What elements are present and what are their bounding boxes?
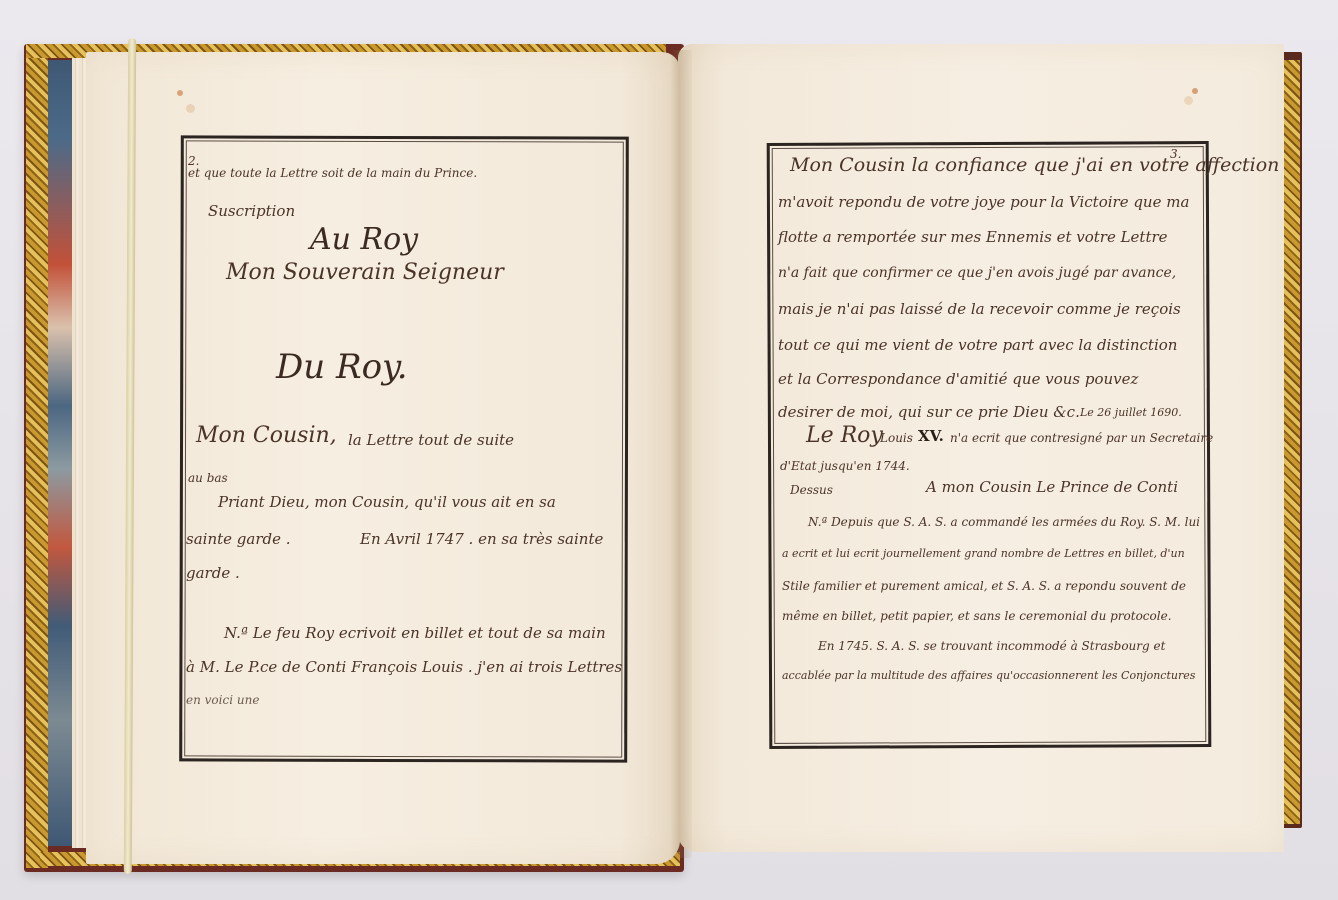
manuscript-line: XV. — [918, 429, 944, 444]
manuscript-line: même en billet, petit papier, et sans le… — [782, 610, 1172, 622]
manuscript-line: la Lettre tout de suite — [348, 433, 514, 448]
foxing-stain — [177, 90, 183, 96]
manuscript-line: à M. Le P.ce de Conti François Louis . j… — [186, 660, 622, 675]
manuscript-line: et que toute la Lettre soit de la main d… — [188, 167, 477, 179]
manuscript-line: En 1745. S. A. S. se trouvant incommodé … — [818, 640, 1165, 652]
manuscript-line: Le Roy — [806, 425, 883, 447]
manuscript-line: en voici une — [186, 694, 259, 706]
manuscript-line: Mon Cousin, — [196, 425, 337, 447]
manuscript-line: d'Etat jusqu'en 1744. — [780, 460, 910, 472]
manuscript-heading: Au Roy — [310, 225, 418, 255]
manuscript-line: N.ª Le feu Roy ecrivoit en billet et tou… — [224, 626, 606, 641]
manuscript-line: flotte a remportée sur mes Ennemis et vo… — [778, 230, 1168, 245]
manuscript-line: sainte garde . — [186, 532, 291, 547]
manuscript-line: mais je n'ai pas laissé de la recevoir c… — [778, 302, 1181, 317]
manuscript-heading: Du Roy. — [276, 350, 408, 384]
manuscript-line: n'a ecrit que contresigné par un Secreta… — [950, 432, 1213, 444]
manuscript-date: Le 26 juillet 1690. — [1080, 407, 1182, 418]
book-gutter — [670, 50, 692, 858]
manuscript-line: accablée par la multitude des affaires q… — [782, 670, 1195, 681]
foxing-stain — [1192, 88, 1198, 94]
manuscript-line: garde . — [186, 566, 240, 581]
gilt-border-left — [26, 48, 48, 868]
foxing-stain — [186, 104, 195, 113]
open-manuscript-book: 2. et que toute la Lettre soit de la mai… — [0, 0, 1338, 900]
foxing-stain — [1184, 96, 1193, 105]
manuscript-line: Dessus — [790, 484, 833, 496]
manuscript-line: tout ce qui me vient de votre part avec … — [778, 338, 1177, 353]
manuscript-line: et la Correspondance d'amitié que vous p… — [778, 372, 1138, 387]
manuscript-line: N.ª Depuis que S. A. S. a commandé les a… — [808, 516, 1200, 528]
manuscript-line: Mon Cousin la confiance que j'ai en votr… — [790, 156, 1279, 175]
manuscript-line: Priant Dieu, mon Cousin, qu'il vous ait … — [218, 495, 556, 510]
manuscript-line: Louis — [880, 432, 913, 444]
manuscript-line: desirer de moi, qui sur ce prie Dieu &c. — [778, 405, 1080, 420]
manuscript-line: a ecrit et lui ecrit journellement grand… — [782, 548, 1185, 559]
manuscript-heading: Mon Souverain Seigneur — [226, 262, 504, 284]
manuscript-line: Stile familier et purement amical, et S.… — [782, 580, 1186, 592]
manuscript-line: A mon Cousin Le Prince de Conti — [926, 480, 1178, 495]
marbled-endpaper — [48, 60, 74, 846]
manuscript-line: n'a fait que confirmer ce que j'en avois… — [778, 266, 1176, 280]
manuscript-line: En Avril 1747 . en sa très sainte — [360, 532, 603, 547]
manuscript-line: m'avoit repondu de votre joye pour la Vi… — [778, 195, 1189, 210]
manuscript-line: Suscription — [208, 204, 295, 219]
manuscript-line: au bas — [188, 472, 228, 484]
